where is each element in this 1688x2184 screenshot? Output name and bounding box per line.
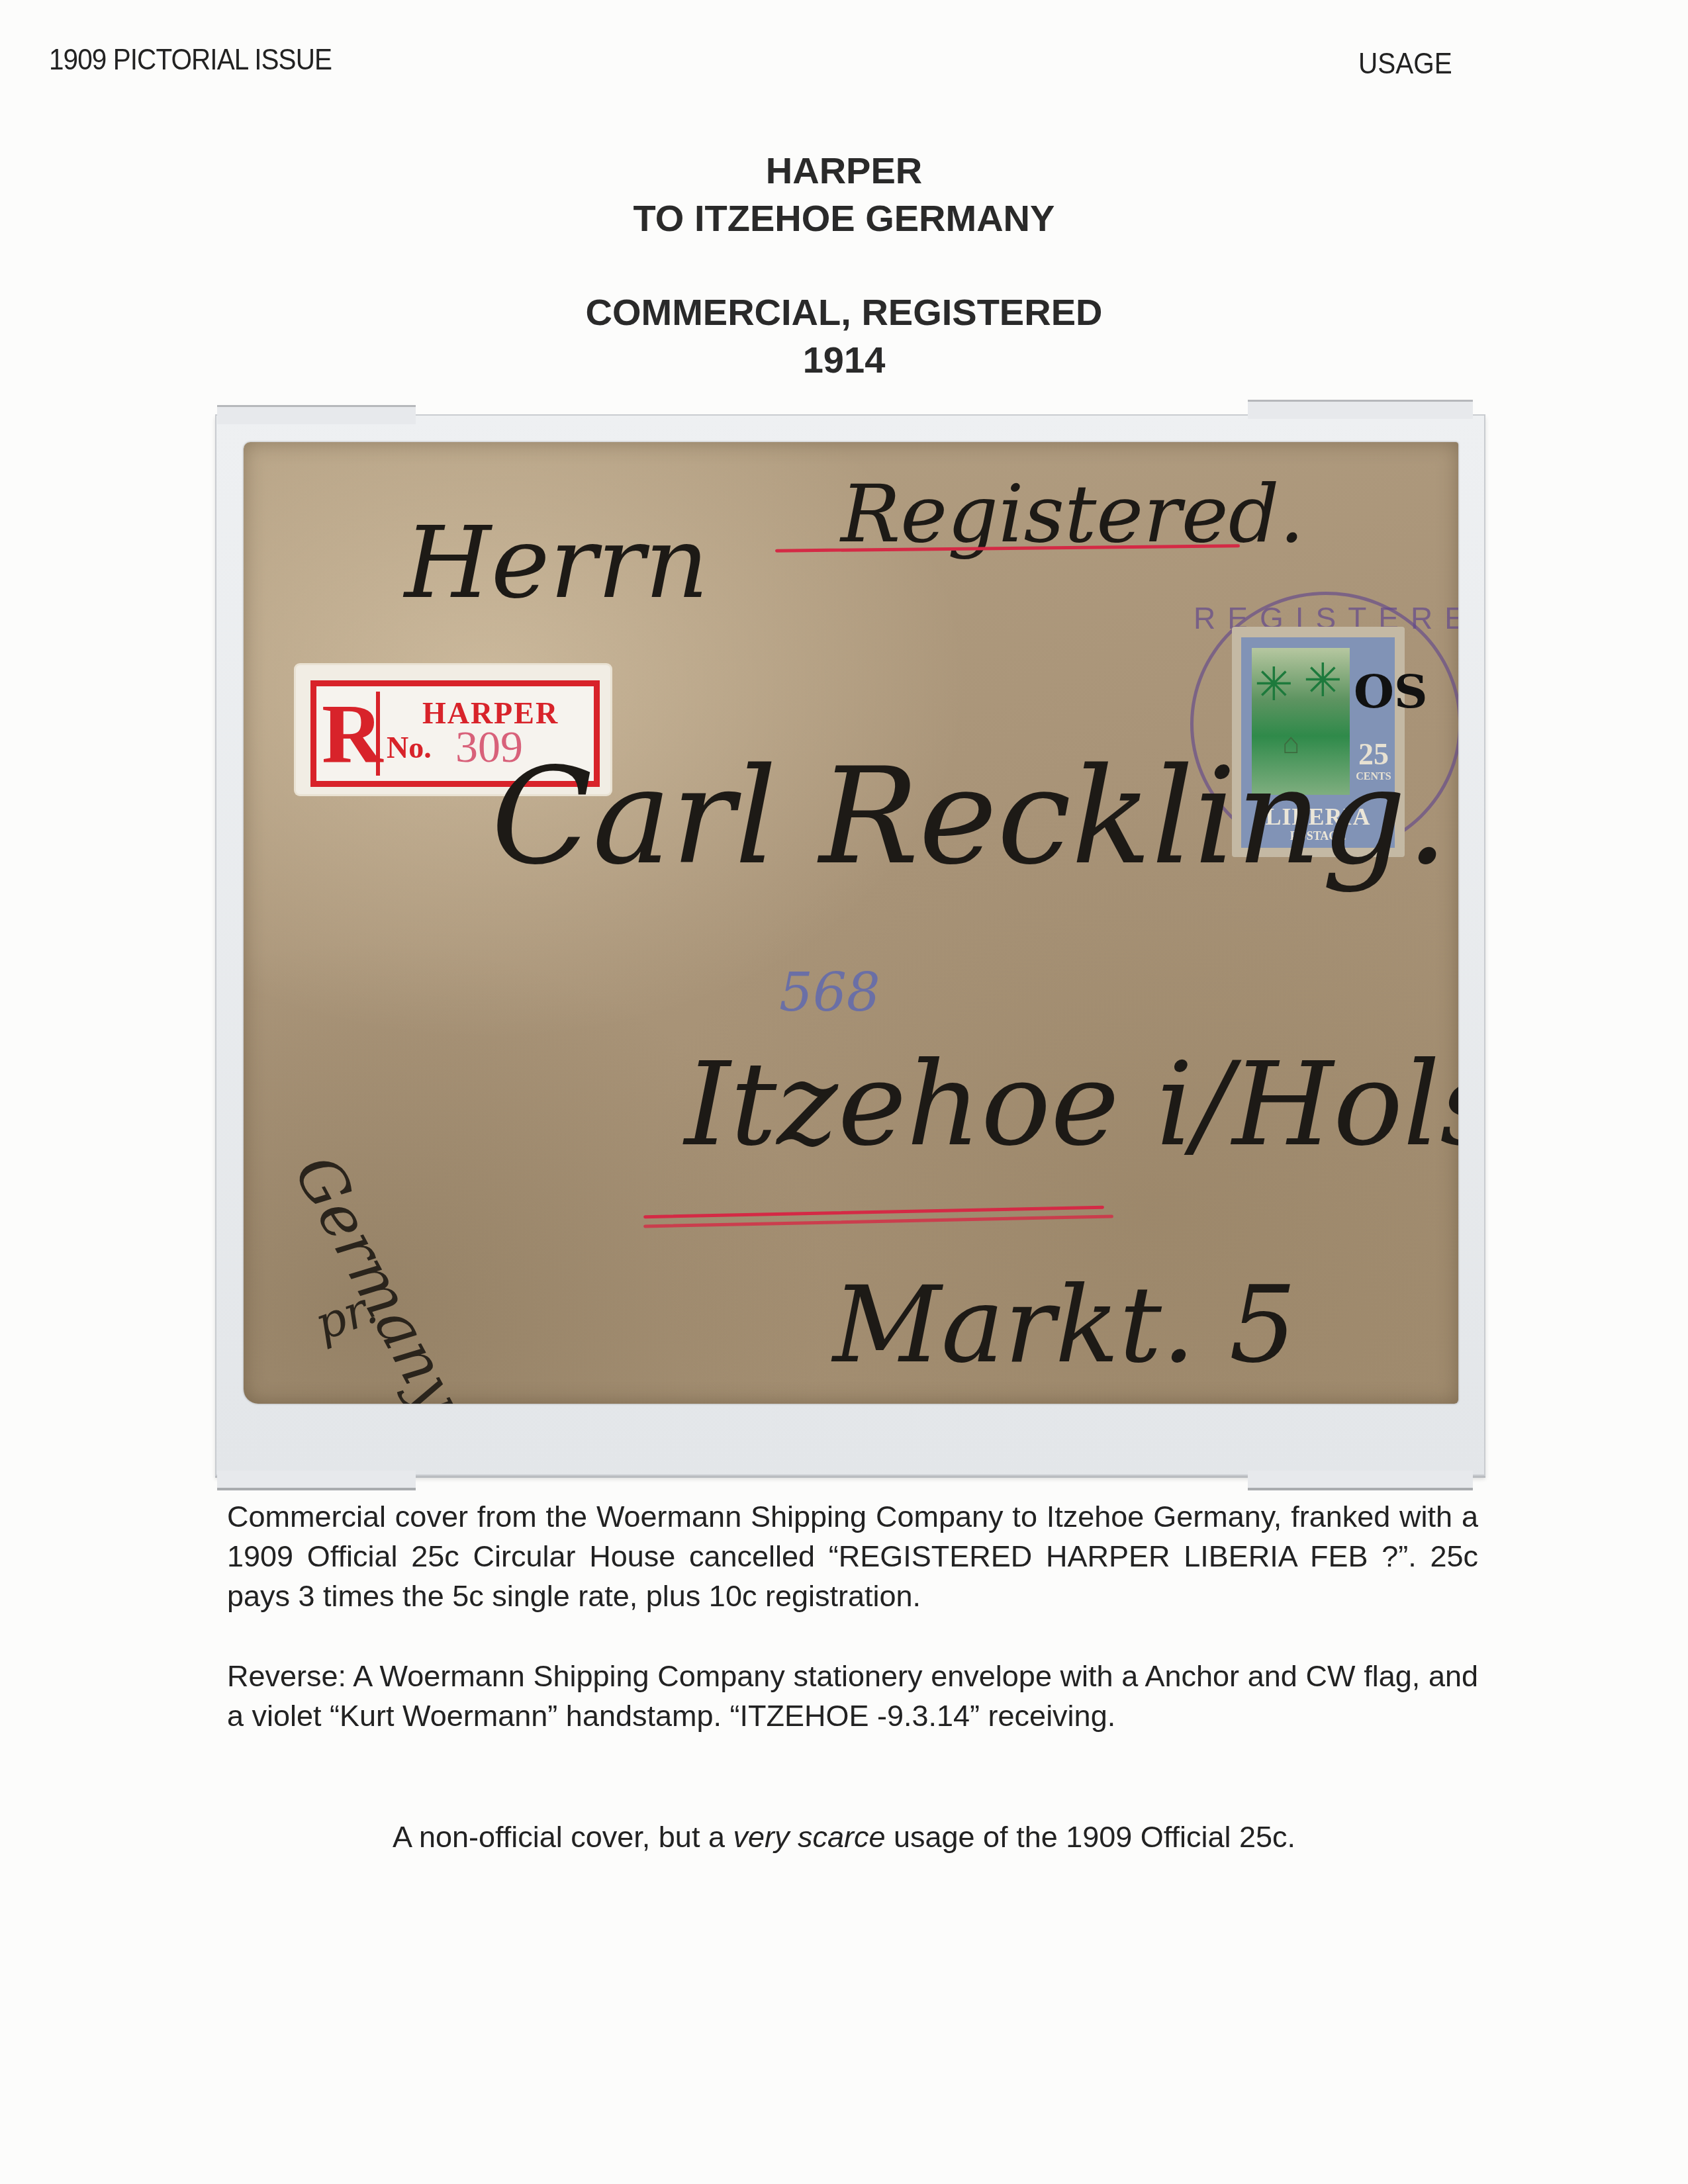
mount-corner	[1248, 400, 1473, 419]
registration-letter: R	[322, 692, 380, 776]
title-destination: TO ITZEHOE GERMANY	[0, 195, 1688, 242]
reverse-description-paragraph: Reverse: A Woermann Shipping Company sta…	[227, 1657, 1478, 1736]
summary-text: A non-official cover, but a	[393, 1820, 733, 1854]
address-street: Markt. 5	[833, 1263, 1296, 1387]
mount-corner	[217, 1471, 416, 1490]
address-city: Itzehoe i/Holst.	[684, 1038, 1458, 1172]
description-paragraph: Commercial cover from the Woermann Shipp…	[227, 1497, 1478, 1616]
mount-corner	[1248, 1471, 1473, 1490]
title-usage-type: COMMERCIAL, REGISTERED	[0, 289, 1688, 336]
official-overprint: OS	[1354, 664, 1428, 719]
title-origin: HARPER	[0, 147, 1688, 195]
salutation: Herrn	[404, 506, 709, 621]
summary-note: A non-official cover, but a very scarce …	[0, 1820, 1688, 1854]
page-header-category: USAGE	[1358, 48, 1452, 81]
palm-tree-icon: ✳	[1254, 661, 1293, 707]
page-header-section: 1909 PICTORIAL ISSUE	[49, 44, 332, 77]
addressee-name: Carl Reckling.	[491, 740, 1448, 894]
summary-text: usage of the 1909 Official 25c.	[885, 1820, 1295, 1854]
summary-emphasis: very scarce	[733, 1820, 885, 1854]
page-title: HARPER TO ITZEHOE GERMANY	[0, 147, 1688, 242]
title-year: 1914	[0, 336, 1688, 384]
mount-corner	[217, 405, 416, 424]
page-subtitle: COMMERCIAL, REGISTERED 1914	[0, 289, 1688, 384]
cover-envelope: Registered. Herrn R HARPER No. 309 REGIS…	[244, 442, 1458, 1404]
palm-tree-icon: ✳	[1303, 657, 1342, 704]
registration-no-label: No.	[387, 730, 432, 765]
pencil-notation: 568	[779, 962, 880, 1023]
address-country: Germany	[281, 1144, 475, 1404]
